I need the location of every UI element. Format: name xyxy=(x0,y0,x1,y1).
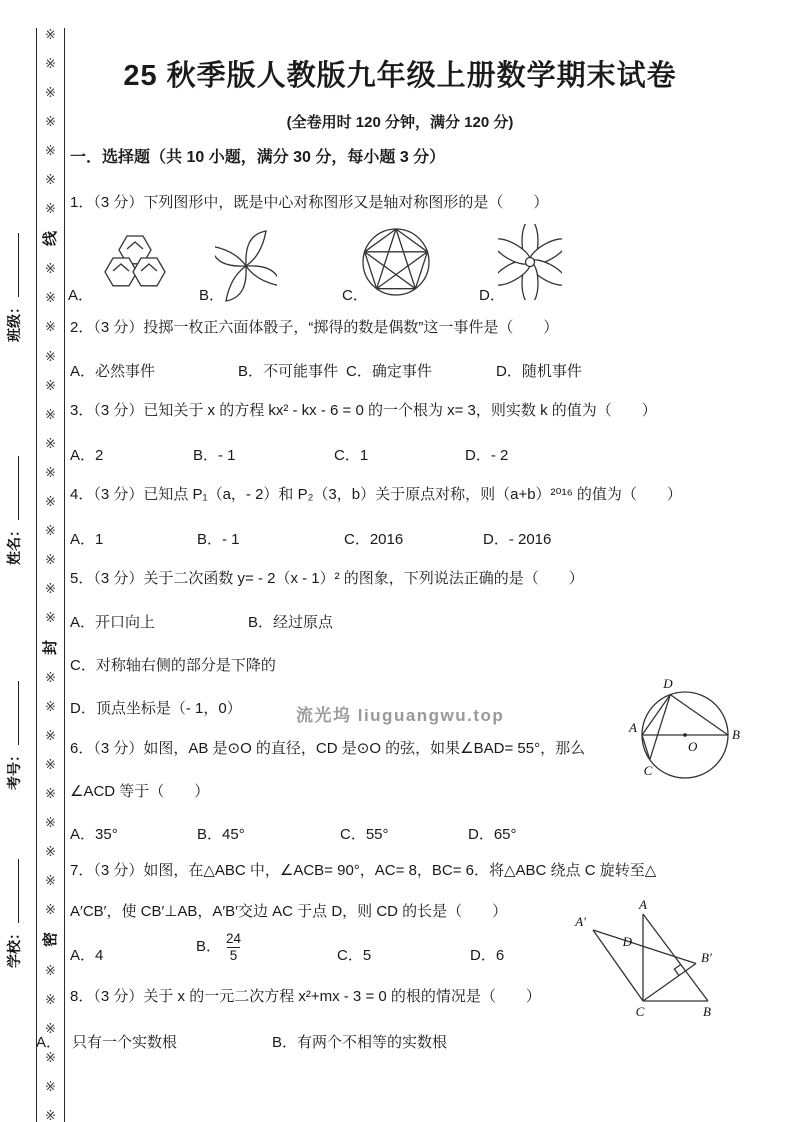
question-6-text-line1: 6．（3 分）如图，AB 是⊙O 的直径，CD 是⊙O 的弦，如果∠BAD= 5… xyxy=(70,739,585,759)
q7-label-b: B xyxy=(703,1004,711,1019)
trefoil-hexagons-figure xyxy=(95,228,175,300)
seal-symbol: ※ xyxy=(45,202,56,215)
seal-character: 密 xyxy=(43,932,58,947)
seal-symbol: ※ xyxy=(45,964,56,977)
field-class: 班级： xyxy=(4,230,24,342)
field-name-label: 姓名： xyxy=(6,523,22,565)
fraction-24-5: 245 xyxy=(223,931,244,963)
q8-option-a-label: A． xyxy=(36,1031,61,1052)
q6-label-b: B xyxy=(732,727,740,742)
seal-symbol: ※ xyxy=(45,816,56,829)
seal-symbol: ※ xyxy=(45,671,56,684)
field-class-label: 班级： xyxy=(6,300,22,342)
exam-paper-page: 班级： 姓名： 考号： 学校： ※※※※※※※线※※※※※※※※※※※※※封※※… xyxy=(0,0,793,1122)
page-subtitle: (全卷用时 120 分钟，满分 120 分) xyxy=(70,111,730,132)
seal-symbol: ※ xyxy=(45,700,56,713)
seal-symbol: ※ xyxy=(45,903,56,916)
seal-symbol: ※ xyxy=(45,758,56,771)
question-1-text: 1．（3 分）下列图形中，既是中心对称图形又是轴对称图形的是（ ） xyxy=(70,193,548,213)
question-3-text: 3．（3 分）已知关于 x 的方程 kx² - kx - 6 = 0 的一个根为… xyxy=(70,401,657,421)
seal-symbol: ※ xyxy=(45,553,56,566)
q6-label-d: D xyxy=(662,676,673,691)
q1-option-a-label: A． xyxy=(68,284,93,305)
q3-option-d: D．- 2 xyxy=(465,444,508,465)
q4-option-b: B．- 1 xyxy=(197,528,240,549)
seal-symbol: ※ xyxy=(45,466,56,479)
q7-option-a: A．4 xyxy=(70,944,103,965)
seal-symbol: ※ xyxy=(45,993,56,1006)
question-6-text-line2: ∠ACD 等于（ ） xyxy=(70,782,209,802)
q8-option-b: B．有两个不相等的实数根 xyxy=(272,1031,447,1052)
field-class-blank-line xyxy=(6,233,19,297)
q1-option-b-label: B． xyxy=(199,284,224,305)
seal-symbol: ※ xyxy=(45,173,56,186)
q7-label-b2: B′ xyxy=(701,950,712,965)
q7-label-a: A xyxy=(638,897,647,912)
seal-symbol: ※ xyxy=(45,28,56,41)
field-name: 姓名： xyxy=(4,453,24,565)
q7-option-d: D．6 xyxy=(470,944,504,965)
q7-option-c: C．5 xyxy=(337,944,371,965)
seal-symbol: ※ xyxy=(45,408,56,421)
q2-option-a: A．必然事件 xyxy=(70,360,155,381)
q6-option-c: C．55° xyxy=(340,823,389,844)
q5-option-b: B．经过原点 xyxy=(248,611,333,632)
q6-option-b: B．45° xyxy=(197,823,245,844)
q6-label-o: O xyxy=(688,739,698,754)
field-school-blank-line xyxy=(6,859,19,923)
question-4-text: 4．（3 分）已知点 P₁（a，- 2）和 P₂（3，b）关于原点对称，则（a+… xyxy=(70,485,682,505)
q3-option-c: C．1 xyxy=(334,444,368,465)
seal-strip: ※※※※※※※线※※※※※※※※※※※※※封※※※※※※※※※密※※※※※※ xyxy=(36,28,65,1122)
triangle-figure-q7: A A′ D B′ C B xyxy=(558,896,733,1024)
q5-option-d: D．顶点坐标是（- 1，0） xyxy=(70,697,242,718)
q6-label-a: A xyxy=(628,720,637,735)
seal-symbol: ※ xyxy=(45,291,56,304)
q7-option-b-fraction: B．245 xyxy=(196,931,244,963)
q6-option-d: D．65° xyxy=(468,823,517,844)
q1-option-c-label: C． xyxy=(342,284,368,305)
seal-symbol: ※ xyxy=(45,144,56,157)
seal-symbol: ※ xyxy=(45,495,56,508)
seal-symbol: ※ xyxy=(45,379,56,392)
q7-label-a2: A′ xyxy=(574,914,586,929)
field-name-blank-line xyxy=(6,456,19,520)
seal-symbol: ※ xyxy=(45,320,56,333)
circle-figure-q6: D A B O C xyxy=(628,675,748,793)
question-5-text: 5．（3 分）关于二次函数 y= - 2（x - 1）² 的图象，下列说法正确的… xyxy=(70,569,584,589)
q4-option-c: C．2016 xyxy=(344,528,403,549)
question-7-text-line2: A′CB′，使 CB′⊥AB，A′B′交边 AC 于点 D，则 CD 的长是（ … xyxy=(70,902,507,922)
q2-option-c: C．确定事件 xyxy=(346,360,432,381)
seal-character: 封 xyxy=(43,640,58,655)
question-2-text: 2．（3 分）投掷一枚正六面体骰子，“掷得的数是偶数”这一事件是（ ） xyxy=(70,318,558,338)
field-examno-blank-line xyxy=(6,681,19,745)
q4-option-d: D．- 2016 xyxy=(483,528,551,549)
field-examno-label: 考号： xyxy=(6,748,22,790)
watermark: 流光坞 liuguangwu.top xyxy=(296,701,504,726)
q6-option-a: A．35° xyxy=(70,823,118,844)
q5-option-c: C．对称轴右侧的部分是下降的 xyxy=(70,654,276,675)
question-8-text: 8．（3 分）关于 x 的一元二次方程 x²+mx - 3 = 0 的根的情况是… xyxy=(70,987,541,1007)
pentagram-in-circle-figure xyxy=(360,226,432,298)
page-title: 25 秋季版人教版九年级上册数学期末试卷 xyxy=(70,53,730,94)
seal-symbol: ※ xyxy=(45,845,56,858)
question-7-text-line1: 7．（3 分）如图，在△ABC 中，∠ACB= 90°，AC= 8，BC= 6．… xyxy=(70,861,656,881)
q3-option-b: B．- 1 xyxy=(193,444,236,465)
seal-symbol: ※ xyxy=(45,611,56,624)
seal-symbol: ※ xyxy=(45,524,56,537)
seal-symbol: ※ xyxy=(45,86,56,99)
seal-symbol: ※ xyxy=(45,582,56,595)
q7-option-b-label: B． xyxy=(196,938,221,955)
q8-option-a-text: 只有一个实数根 xyxy=(72,1031,177,1052)
seal-symbol: ※ xyxy=(45,1051,56,1064)
seal-character: 线 xyxy=(43,231,58,246)
seal-symbol: ※ xyxy=(45,115,56,128)
seal-symbol: ※ xyxy=(45,57,56,70)
q1-option-d-label: D． xyxy=(479,284,505,305)
seal-symbol: ※ xyxy=(45,437,56,450)
q2-option-b: B．不可能事件 xyxy=(238,360,338,381)
q7-label-c: C xyxy=(636,1004,645,1019)
six-petal-flower-figure xyxy=(498,224,562,300)
q7-label-d: D xyxy=(622,934,633,949)
q6-label-c: C xyxy=(644,763,653,778)
q5-option-a: A．开口向上 xyxy=(70,611,155,632)
seal-symbol: ※ xyxy=(45,729,56,742)
field-examno: 考号： xyxy=(4,678,24,790)
seal-symbol: ※ xyxy=(45,262,56,275)
field-school: 学校： xyxy=(4,856,24,968)
q3-option-a: A．2 xyxy=(70,444,103,465)
pinwheel-figure xyxy=(215,222,277,302)
seal-symbol: ※ xyxy=(45,1109,56,1122)
seal-symbol: ※ xyxy=(45,874,56,887)
seal-symbol: ※ xyxy=(45,1080,56,1093)
field-school-label: 学校： xyxy=(6,926,22,968)
seal-symbol: ※ xyxy=(45,350,56,363)
section-header: 一．选择题（共 10 小题，满分 30 分，每小题 3 分） xyxy=(70,148,445,168)
q2-option-d: D．随机事件 xyxy=(496,360,582,381)
q4-option-a: A．1 xyxy=(70,528,103,549)
seal-symbol: ※ xyxy=(45,787,56,800)
